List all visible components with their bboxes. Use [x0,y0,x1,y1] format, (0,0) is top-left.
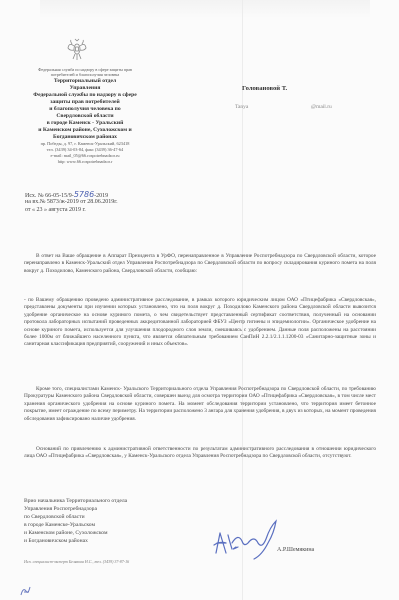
addressee-name: Головановой Т. [242,85,287,92]
addressee-redacted-email: @mail.ru [311,104,332,110]
org-line-5: и благополучия человека по [10,107,160,113]
addressee-redacted-name: Tanya [235,104,248,110]
executor-line: Исп. специалист-эксперт Белякова Н.С., т… [24,559,129,564]
coat-of-arms-icon [66,38,88,62]
position-line-4: в городе Каменске-Уральском [24,521,127,529]
position-line-5: и Каменском районе, Сухоложском [24,529,127,537]
paragraph-2: Кроме того, специалистами Каменск- Ураль… [24,386,376,423]
signer-name: А.Р.Шемякина [277,547,314,553]
scan-shadow [40,0,370,18]
letter-page: Федеральная служба по надзору в сфере за… [0,0,399,600]
service-name-line-2: потребителей и благополучия человека [10,73,160,77]
org-line-7: в городе Каменск - Уральский [10,121,160,127]
org-line-4: защиты прав потребителей [10,100,160,106]
outgoing-number: Исх. № 66-05-15/9-5786-2019 [25,190,108,199]
org-line-6: Свердловской области [10,114,160,120]
intro-text: В ответ на Ваше обращение в Аппарат През… [24,253,376,275]
signer-position: Врио начальника Территориального отдела … [24,497,127,546]
org-line-3: Федеральной службы по надзору в сфере [10,93,160,99]
position-line-6: и Богдановичском районах [24,537,127,545]
paragraph-1: - по Вашему обращению проведено админист… [24,297,376,349]
email-line: e-mail: mail_05@66.rospotrebnadzor.ru [10,154,160,158]
handwritten-signature [210,513,290,563]
org-line-2: Управления [10,86,160,92]
org-line-1: Территориальный отдел [10,79,160,85]
intro-paragraph: В ответ на Ваше обращение в Аппарат През… [24,253,376,275]
letter-date: от « 23 » августа 2019 г. [25,207,86,213]
org-line-8: и Каменском районе, Сухоложском и [10,128,160,134]
org-line-9: Богдановичском районах [10,135,160,141]
address-line: пр. Победы, д. 97, г. Каменск-Уральский,… [10,142,160,146]
phone-line: тел. (3439) 34-03-84, факс (3439) 36-47-… [10,148,160,152]
handwritten-number: 5786 [74,190,94,199]
position-line-3: по Свердловской области [24,513,127,521]
paragraph-2-text: Кроме того, специалистами Каменск- Ураль… [24,386,376,423]
position-line-2: Управления Роспотребнадзора [24,505,127,513]
paragraph-3: Оснований по привлечению к административ… [24,446,376,461]
incoming-reference: на вх.№ 5873/ж-2019 от 28.06.2019г. [25,199,118,205]
paragraph-3-text: Оснований по привлечению к административ… [24,446,376,461]
initials-mark-icon [18,583,34,599]
paragraph-1-text: - по Вашему обращению проведено админист… [24,297,376,349]
website-line: http: www.66.rospotrebnadzor.r [10,160,160,164]
position-line-1: Врио начальника Территориального отдела [24,497,127,505]
